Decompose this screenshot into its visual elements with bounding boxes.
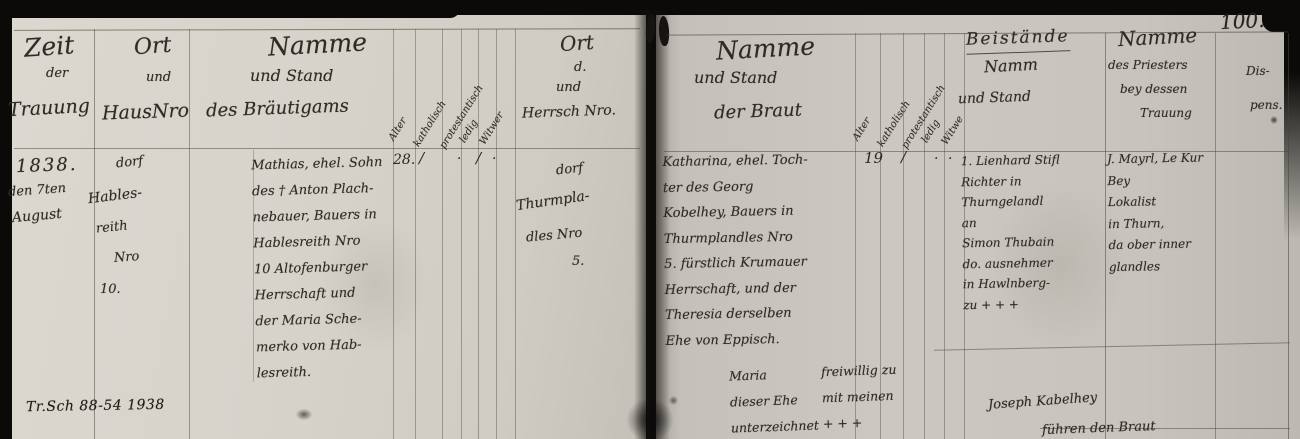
header-priest-4: Trauung [1140,104,1192,122]
left-narrow-line-7 [515,29,516,439]
margin-note: Tr.Sch 88-54 1938 [26,395,165,418]
header-beistaende-2: und Stand [958,87,1032,111]
entry-groom-katholisch-tick: / [419,149,424,167]
header-groom-2: und Stand [250,64,333,88]
header-bride-1: Namme [715,27,816,70]
header-dispens-1: Dis- [1246,62,1270,80]
entry-bride-ledig-dot: · [948,151,952,167]
entry-groom-place-3: reith [95,216,129,239]
ink-dot-corner [1270,116,1278,124]
register-scan: Zeit der Trauung Ort und HausNro Namme u… [0,0,1300,439]
page-number: 100. [1219,5,1265,37]
entry-groom-age: 28. [393,152,415,168]
right-table-edge-line [1288,33,1289,439]
header-herrschaft-4: Herrsch Nro. [522,100,617,124]
header-groom-3: des Bräutigams [206,93,350,125]
header-bride-2: und Stand [694,66,777,90]
header-ort-2: und [146,68,171,88]
left-narrow-line-3 [442,29,443,439]
scan-edge-right [1284,0,1300,240]
header-herrschaft-3: und [556,78,581,98]
scan-edge-top-left [0,0,460,18]
left-narrow-line-4 [461,29,462,439]
entry-herrschaft-place-1: dorf [555,159,584,181]
entry-date-year: 1838. [16,151,78,180]
header-herrschaft-2: d. [574,58,586,78]
header-zeit-2: der [46,64,68,84]
left-header-separator [14,148,640,149]
header-zeit-1: Zeit [23,26,76,67]
header-priest-3: bey dessen [1120,80,1187,98]
entry-groom-ledig-tick: / [476,149,481,167]
entry-groom-place-1: dorf [115,152,144,174]
header-herrschaft-1: Ort [559,27,595,59]
header-priest-1: Namme [1117,20,1198,54]
header-dispens-2: pens. [1250,96,1282,114]
header-priest-2: des Priesters [1108,56,1187,74]
entry-bride-note-right: freiwillig zu mit meinen + + + [821,357,899,438]
entry-priest-text: J. Mayrl, Le Kur Bey Lokalist in Thurn, … [1107,147,1239,278]
entry-groom-text: Mathias, ehel. Sohn des † Anton Plach- n… [251,149,437,388]
header-beistaende-title: Beistände [966,24,1070,54]
ink-dot [669,396,678,405]
header-ort-1: Ort [133,29,173,65]
left-col-line-1 [94,29,95,439]
header-groom-1: Namme [267,23,368,66]
entry-date-day: den 7ten [7,179,66,203]
entry-bride-protestantisch-dot: · [934,151,938,167]
left-col-line-2 [189,29,190,439]
entry-groom-place-5: 10. [100,280,121,300]
header-bride-3: der Braut [714,96,803,126]
ink-smudge [296,409,312,420]
entry-bride-text: Katharina, ehel. Toch- ter des Georg Kob… [662,146,896,354]
entry-herrschaft-place-4: 5. [572,252,584,272]
header-beistaende-1: Namm [983,53,1038,80]
header-zeit-3: Trauung [7,92,90,125]
entry-groom-witwer-dot: · [492,151,496,167]
left-narrow-line-6 [496,29,497,439]
entry-bride-age: 19 [864,149,883,167]
entry-date-month: August [11,204,63,229]
entry-witnesses-text: 1. Lienhard Stifl Richter in Thurngeland… [961,149,1109,316]
entry-witnesses-note-2: führen den Braut [1042,417,1156,439]
entry-bride-katholisch-tick: / [901,148,906,166]
right-narrow-line-3 [903,33,904,439]
header-ort-3: HausNro [102,96,190,128]
right-narrow-line-4 [924,33,925,439]
entry-groom-protestantisch-dot: · [457,151,461,167]
entry-groom-place-4: Nro [113,247,140,268]
gutter-bottom-shadow [626,398,674,439]
entry-bride-note-left: Maria dieser Ehe unterzeichnet [729,360,820,439]
